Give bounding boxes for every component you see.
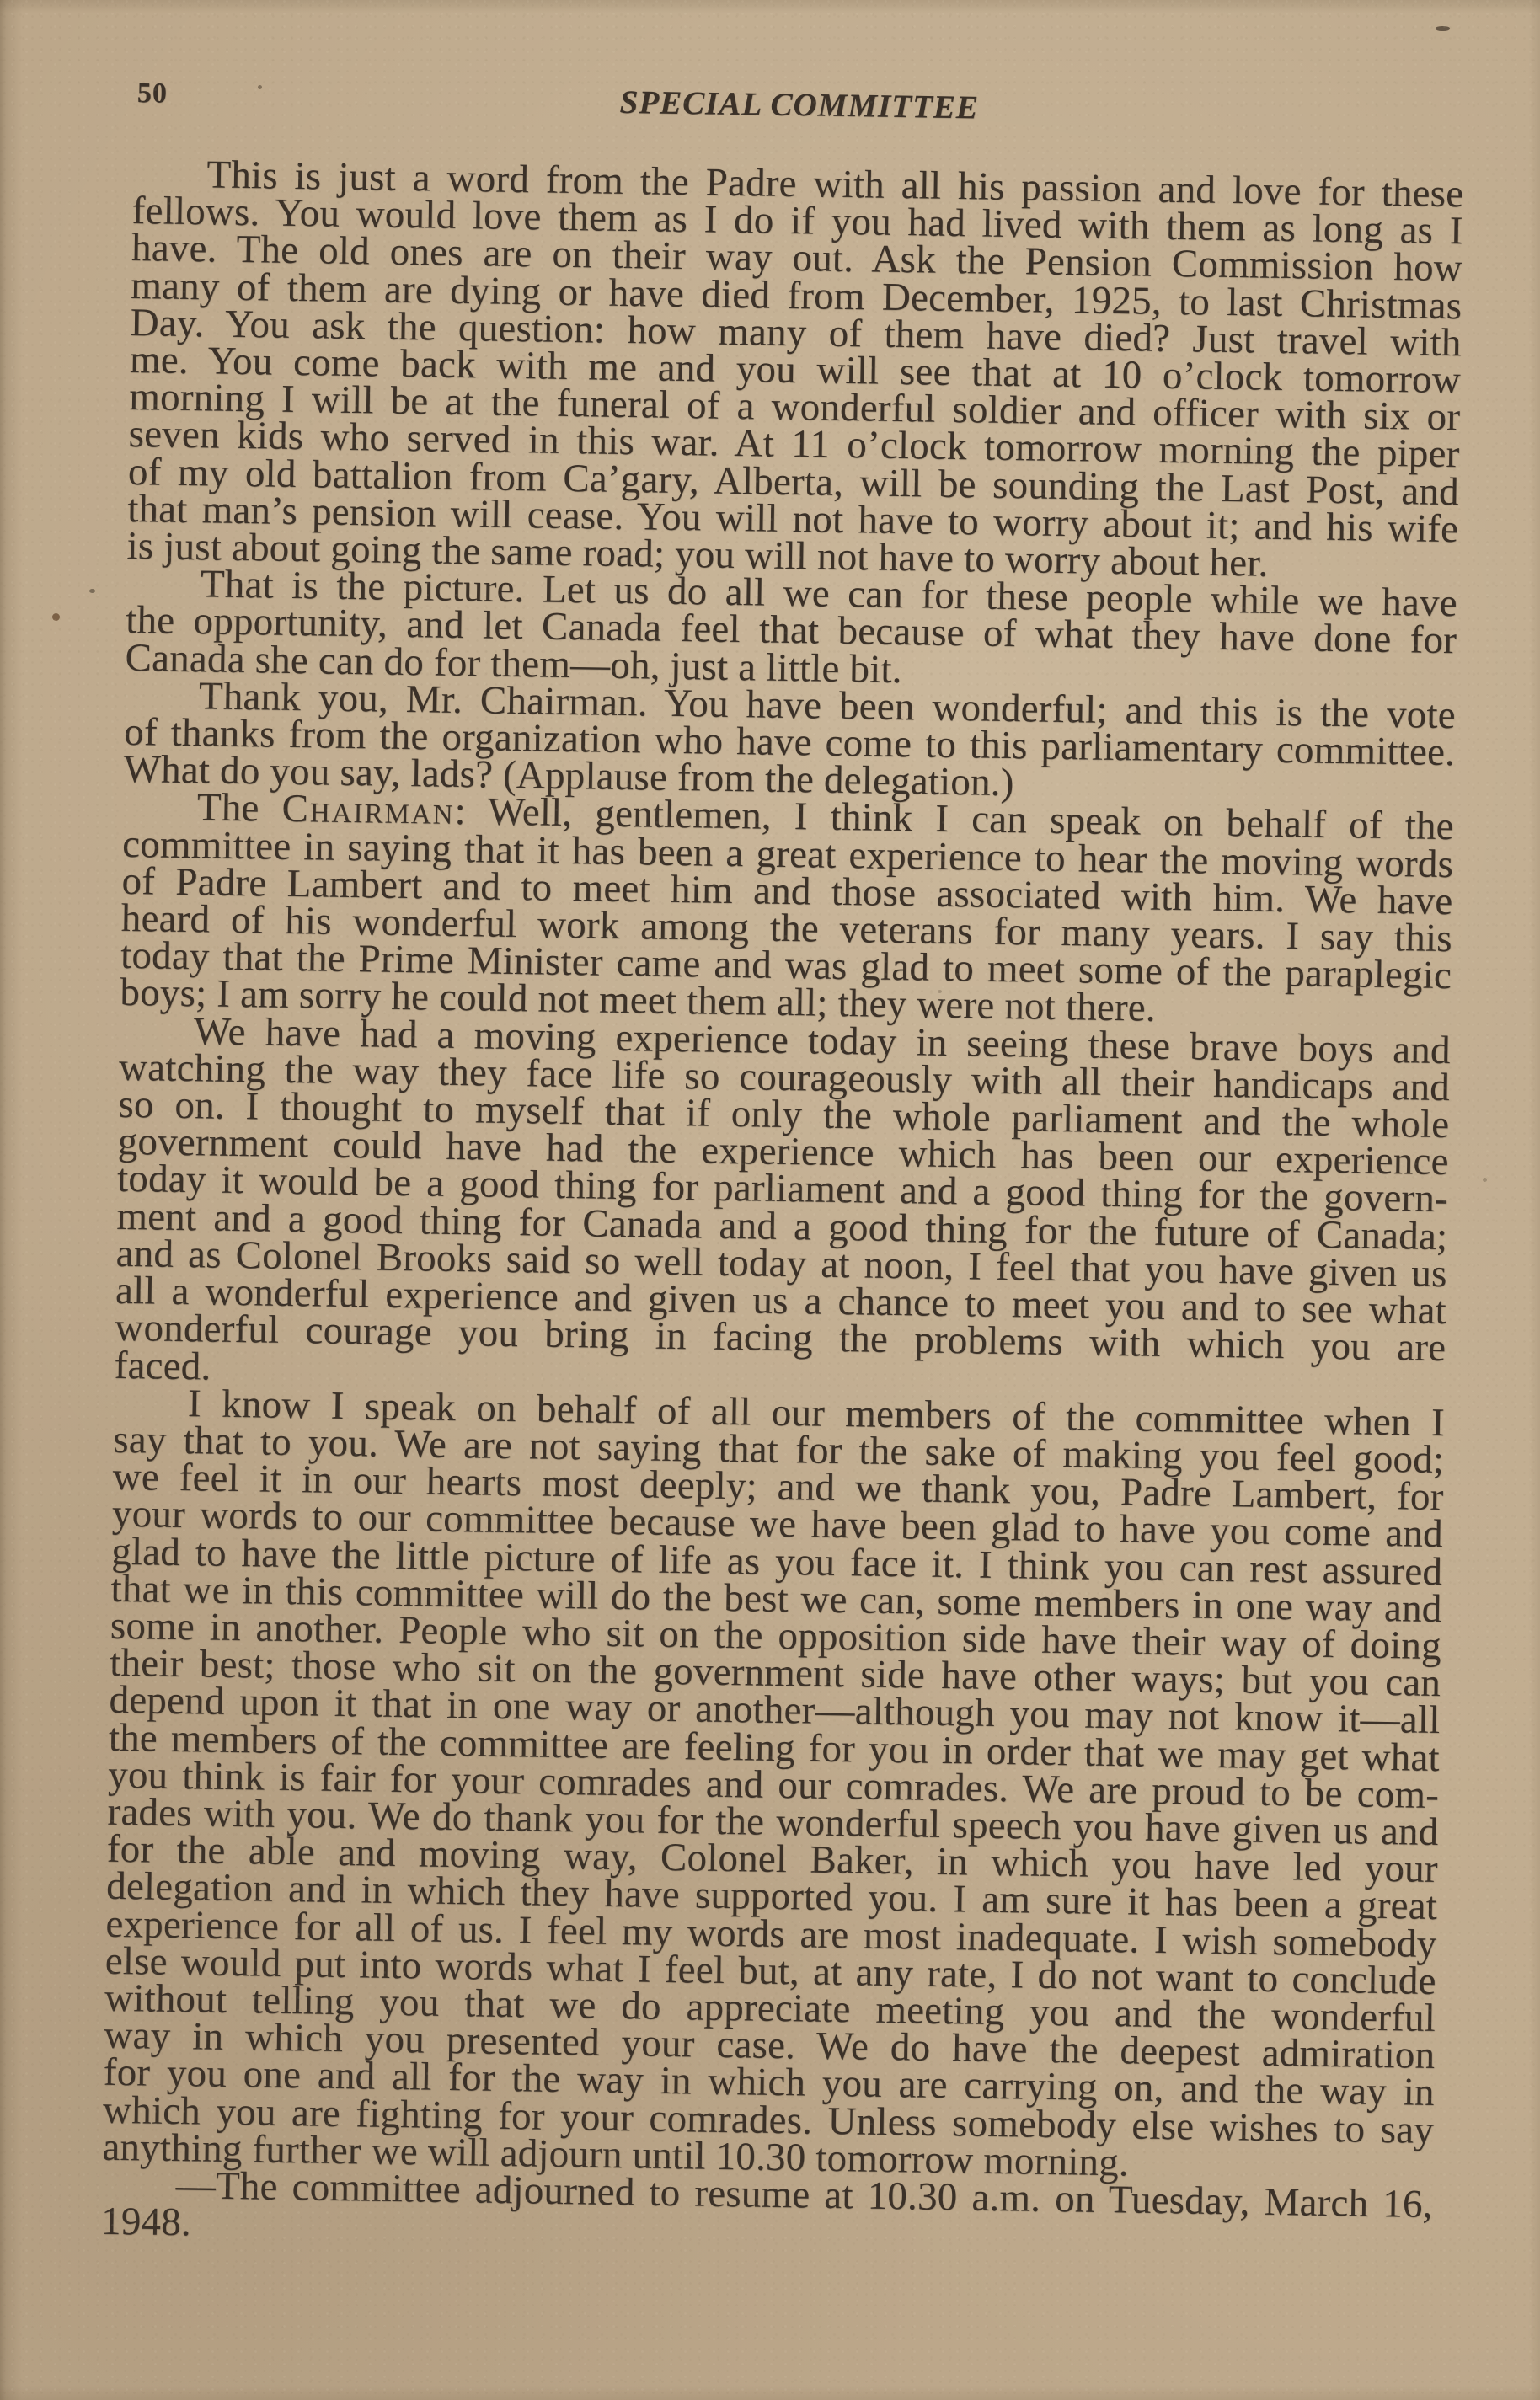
paper-speck <box>52 613 60 621</box>
paper-speck <box>89 589 95 593</box>
scanned-page: 50 SPECIAL COMMITTEE This is just a word… <box>0 0 1540 2400</box>
paragraph: This is just a word from the Padre with … <box>126 155 1463 585</box>
paragraph: —The committee adjourned to resume at 10… <box>101 2166 1433 2261</box>
transcript-body: This is just a word from the Padre with … <box>101 155 1464 2260</box>
paper-speck <box>1483 1178 1487 1182</box>
page-number: 50 <box>137 78 168 110</box>
page-content: 50 SPECIAL COMMITTEE This is just a word… <box>101 64 1465 2260</box>
paper-speck <box>1436 26 1450 31</box>
paragraph: The Chairman: Well, gentlemen, I think I… <box>120 788 1454 1031</box>
running-title: SPECIAL COMMITTEE <box>619 83 979 127</box>
paragraph: We have had a moving experience today in… <box>114 1012 1451 1404</box>
paragraph: I know I speak on behalf of all our memb… <box>102 1384 1445 2186</box>
